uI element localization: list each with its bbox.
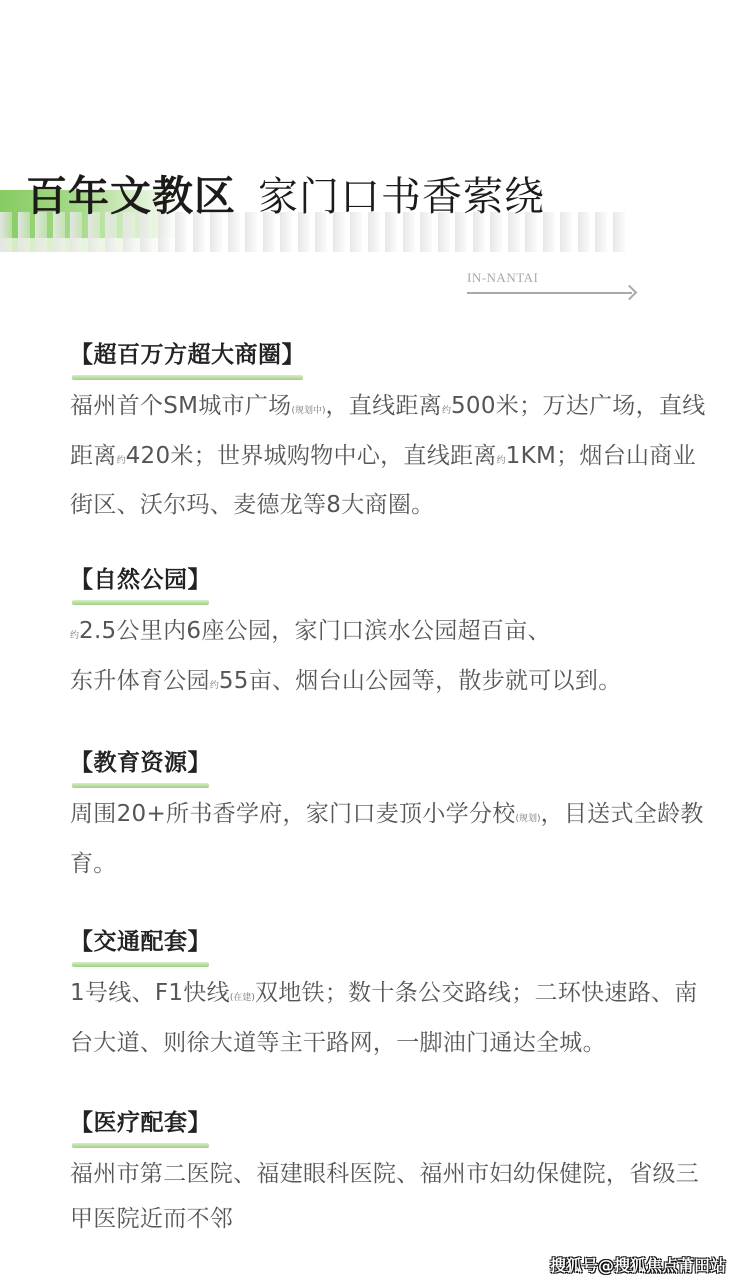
body-text: 福州市第二医院、福建眼科医院、福州市妇幼保健院，省级三甲医院近而不邻: [70, 1161, 699, 1232]
section-heading-text: 【自然公园】: [70, 567, 211, 593]
watermark: 搜狐号@搜狐焦点莆田站: [550, 1253, 726, 1276]
section-heading: 【交通配套】: [70, 927, 211, 967]
section-heading-text: 【教育资源】: [70, 750, 211, 776]
stripe: [613, 212, 625, 252]
annotation-note: (规划中): [291, 406, 325, 416]
body-text: 420米；世界城购物中心，直线距离: [126, 443, 497, 469]
annotation-note: (在建): [230, 993, 255, 1003]
section-body: 周围20+所书香学府，家门口麦顶小学分校(规划)，目送式全龄教育。: [70, 792, 710, 886]
stripe: [595, 212, 607, 252]
annotation-note: 约: [210, 681, 219, 691]
annotation-note: (规划): [516, 814, 541, 824]
annotation-note: 约: [70, 631, 79, 641]
body-text: ，直线距离: [325, 393, 442, 419]
heading-underline: [72, 600, 209, 605]
section-body: 福州市第二医院、福建眼科医院、福州市妇幼保健院，省级三甲医院近而不邻: [70, 1152, 710, 1241]
stripe: [560, 212, 572, 252]
section-heading-text: 【医疗配套】: [70, 1110, 211, 1136]
body-text: 周围20+所书香学府，家门口麦顶小学分校: [70, 801, 516, 827]
heading-underline: [72, 1143, 209, 1148]
stripe: [578, 212, 590, 252]
section-body: 约2.5公里内6座公园，家门口滨水公园超百亩、东升体育公园约55亩、烟台山公园等…: [70, 609, 710, 708]
section-parks: 【自然公园】 约2.5公里内6座公园，家门口滨水公园超百亩、东升体育公园约55亩…: [70, 565, 710, 708]
section-heading: 【超百万方超大商圈】: [70, 340, 305, 380]
heading-underline: [72, 375, 303, 380]
page-title: 百年文教区 家门口书香萦绕: [26, 163, 545, 222]
section-education: 【教育资源】 周围20+所书香学府，家门口麦顶小学分校(规划)，目送式全龄教育。: [70, 748, 710, 886]
body-text: 2.5公里内6座公园，家门口滨水公园超百亩、: [79, 618, 551, 644]
section-medical: 【医疗配套】 福州市第二医院、福建眼科医院、福州市妇幼保健院，省级三甲医院近而不…: [70, 1108, 710, 1241]
section-shopping: 【超百万方超大商圈】 福州首个SM城市广场(规划中)，直线距离约500米；万达广…: [70, 340, 710, 528]
section-heading-text: 【交通配套】: [70, 929, 211, 955]
arrow-right-icon: [467, 288, 635, 298]
heading-underline: [72, 962, 209, 967]
tag-label: IN-NANTAI: [467, 270, 639, 298]
annotation-note: 约: [117, 456, 126, 466]
annotation-note: 约: [442, 406, 451, 416]
title-sub: 家门口书香萦绕: [258, 165, 545, 222]
body-text: 55亩、烟台山公园等，散步就可以到。: [219, 668, 622, 694]
section-transport: 【交通配套】 1号线、F1快线(在建)双地铁；数十条公交路线；二环快速路、南台大…: [70, 927, 710, 1065]
body-text: 福州首个SM城市广场: [70, 393, 291, 419]
body-text: 东升体育公园: [70, 668, 210, 694]
tag-text: IN-NANTAI: [467, 270, 639, 286]
annotation-note: 约: [497, 456, 506, 466]
section-heading: 【医疗配套】: [70, 1108, 211, 1148]
section-body: 福州首个SM城市广场(规划中)，直线距离约500米；万达广场，直线距离约420米…: [70, 384, 710, 528]
body-text: 1号线、F1快线: [70, 980, 230, 1006]
section-heading: 【教育资源】: [70, 748, 211, 788]
title-main: 百年文教区: [26, 163, 236, 222]
heading-underline: [72, 783, 209, 788]
stripe: [0, 212, 12, 252]
section-body: 1号线、F1快线(在建)双地铁；数十条公交路线；二环快速路、南台大道、则徐大道等…: [70, 971, 710, 1065]
section-heading-text: 【超百万方超大商圈】: [70, 342, 305, 368]
section-heading: 【自然公园】: [70, 565, 211, 605]
